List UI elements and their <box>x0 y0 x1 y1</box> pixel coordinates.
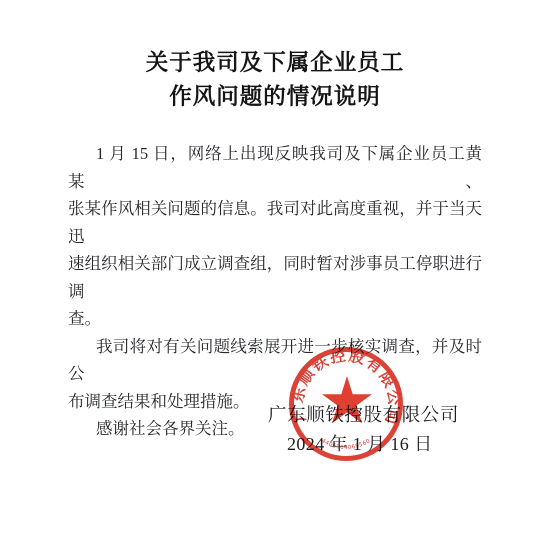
seal-text-layer: 广东顺铁控股有限公司 4406064069560 <box>289 347 403 461</box>
company-seal: 广东顺铁控股有限公司 4406064069560 <box>289 347 403 461</box>
body-line: 张某作风相关问题的信息。我司对此高度重视，并于当天迅 <box>68 195 482 250</box>
svg-text:4406064069560: 4406064069560 <box>320 438 371 451</box>
title-line-2: 作风问题的情况说明 <box>0 80 550 114</box>
body-line: 速组织相关部门成立调查组，同时暂对涉事员工停职进行调 <box>68 250 482 305</box>
body-line: 1 月 15 日，网络上出现反映我司及下属企业员工黄某、 <box>68 140 482 195</box>
svg-text:广东顺铁控股有限公司: 广东顺铁控股有限公司 <box>289 347 403 428</box>
body-line: 查。 <box>68 305 482 333</box>
document-page: 关于我司及下属企业员工 作风问题的情况说明 1 月 15 日，网络上出现反映我司… <box>0 0 550 559</box>
body-line: 我司将对有关问题线索展开进一步核实调查，并及时公 <box>68 333 482 388</box>
document-body: 1 月 15 日，网络上出现反映我司及下属企业员工黄某、 张某作风相关问题的信息… <box>68 140 482 443</box>
seal-serial-number: 4406064069560 <box>320 438 371 451</box>
seal-ring-text: 广东顺铁控股有限公司 <box>289 347 403 428</box>
title-line-1: 关于我司及下属企业员工 <box>0 46 550 80</box>
document-title: 关于我司及下属企业员工 作风问题的情况说明 <box>0 46 550 114</box>
